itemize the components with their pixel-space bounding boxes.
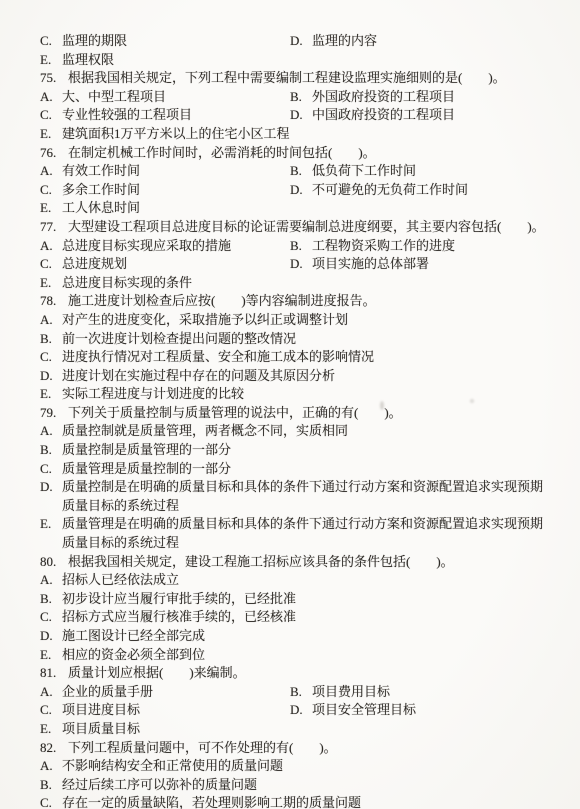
option-letter: B. (40, 441, 62, 460)
option-text: 招标人已经依法成立 (62, 571, 548, 590)
option-A: A.不影响结构安全和正常使用的质量问题 (40, 757, 548, 776)
question-number: 78. (40, 292, 68, 311)
option-D: D.监理的内容 (290, 32, 548, 51)
option-row: E.相应的资金必须全部到位 (40, 646, 548, 665)
question-stem: 根据我国相关规定，下列工程中需要编制工程建设监理实施细则的是( )。 (68, 69, 548, 88)
option-row: A.招标人已经依法成立 (40, 571, 548, 590)
option-C: C.招标方式应当履行核准手续的，已经核准 (40, 608, 548, 627)
option-E: E.总进度目标实现的条件 (40, 274, 548, 293)
option-row: C.多余工作时间D.不可避免的无负荷工作时间 (40, 181, 548, 200)
option-text: 初步设计应当履行审批手续的，已经批准 (62, 590, 548, 609)
option-row: E.项目质量目标 (40, 720, 548, 739)
option-A: A.对产生的进度变化，采取措施予以纠正或调整计划 (40, 311, 548, 330)
option-text: 工程物资采购工作的进度 (312, 237, 548, 256)
option-letter: B. (40, 776, 62, 795)
question-number: 76. (40, 144, 68, 163)
option-letter: D. (290, 32, 312, 51)
option-B: B.项目费用目标 (290, 683, 548, 702)
option-text: 监理的内容 (312, 32, 548, 51)
option-E: E.项目质量目标 (40, 720, 548, 739)
option-letter: E. (40, 515, 62, 534)
option-text: 招标方式应当履行核准手续的，已经核准 (62, 608, 548, 627)
option-row: E.建筑面积1万平方米以上的住宅小区工程 (40, 125, 548, 144)
question-stem: 在制定机械工作时间时，必需消耗的时间包括( )。 (68, 144, 548, 163)
option-letter: D. (40, 627, 62, 646)
option-text: 中国政府投资的工程项目 (312, 106, 548, 125)
option-text: 项目质量目标 (62, 720, 548, 739)
option-B: B.工程物资采购工作的进度 (290, 237, 548, 256)
option-C: C.进度执行情况对工程质量、安全和施工成本的影响情况 (40, 348, 548, 367)
option-B: B.低负荷下工作时间 (290, 162, 548, 181)
option-letter: A. (40, 88, 62, 107)
option-E: E.监理权限 (40, 51, 548, 70)
option-row: A.大、中型工程项目B.外国政府投资的工程项目 (40, 88, 548, 107)
option-row: A.对产生的进度变化，采取措施予以纠正或调整计划 (40, 311, 548, 330)
option-B: B.外国政府投资的工程项目 (290, 88, 548, 107)
option-letter: A. (40, 162, 62, 181)
option-text: 对产生的进度变化，采取措施予以纠正或调整计划 (62, 311, 548, 330)
scan-artifact (380, 401, 384, 410)
option-text: 实际工程进度与计划进度的比较 (62, 385, 548, 404)
option-D: D.项目安全管理目标 (290, 701, 548, 720)
option-letter: A. (40, 311, 62, 330)
option-row: A.质量控制就是质量管理，两者概念不同，实质相同 (40, 422, 548, 441)
option-D: D.项目实施的总体部署 (290, 255, 548, 274)
question-stem-row: 81.质量计划应根据( )来编制。 (40, 664, 548, 683)
option-letter: D. (40, 367, 62, 386)
option-letter: C. (40, 460, 62, 479)
scan-artifact (470, 399, 474, 403)
option-row: A.有效工作时间B.低负荷下工作时间 (40, 162, 548, 181)
option-row: C.进度执行情况对工程质量、安全和施工成本的影响情况 (40, 348, 548, 367)
option-letter: B. (290, 237, 312, 256)
option-letter: C. (40, 794, 62, 809)
option-D: D.进度计划在实施过程中存在的问题及其原因分析 (40, 367, 548, 386)
option-row: D.质量控制是在明确的质量目标和具体的条件下通过行动方案和资源配置追求实现预期质… (40, 478, 548, 515)
option-text: 前一次进度计划检查提出问题的整改情况 (62, 330, 548, 349)
option-text: 建筑面积1万平方米以上的住宅小区工程 (62, 125, 548, 144)
option-text: 质量管理是质量控制的一部分 (62, 460, 548, 479)
option-row: B.初步设计应当履行审批手续的，已经批准 (40, 590, 548, 609)
option-letter: A. (40, 571, 62, 590)
option-letter: B. (40, 330, 62, 349)
question-number: 82. (40, 739, 68, 758)
option-A: A.招标人已经依法成立 (40, 571, 548, 590)
option-B: B.质量控制是质量管理的一部分 (40, 441, 548, 460)
option-D: D.不可避免的无负荷工作时间 (290, 181, 548, 200)
option-letter: C. (40, 701, 62, 720)
option-row: C.专业性较强的工程项目D.中国政府投资的工程项目 (40, 106, 548, 125)
option-letter: E. (40, 199, 62, 218)
option-text: 工人休息时间 (62, 199, 548, 218)
option-row: B.前一次进度计划检查提出问题的整改情况 (40, 330, 548, 349)
option-letter: E. (40, 385, 62, 404)
option-text: 存在一定的质量缺陷，若处理则影响工期的质量问题 (62, 794, 548, 809)
option-text: 项目费用目标 (312, 683, 548, 702)
option-D: D.质量控制是在明确的质量目标和具体的条件下通过行动方案和资源配置追求实现预期质… (40, 478, 548, 515)
option-B: B.经过后续工序可以弥补的质量问题 (40, 776, 548, 795)
option-A: A.质量控制就是质量管理，两者概念不同，实质相同 (40, 422, 548, 441)
option-row: D.施工图设计已经全部完成 (40, 627, 548, 646)
option-text: 不可避免的无负荷工作时间 (312, 181, 548, 200)
scanned-exam-page: C.监理的期限D.监理的内容E.监理权限75.根据我国相关规定，下列工程中需要编… (0, 0, 580, 809)
option-letter: C. (40, 181, 62, 200)
option-row: C.质量管理是质量控制的一部分 (40, 460, 548, 479)
question-stem: 大型建设工程项目总进度目标的论证需要编制总进度纲要，其主要内容包括( )。 (68, 218, 548, 237)
option-text: 监理权限 (62, 51, 548, 70)
option-letter: B. (40, 590, 62, 609)
option-text: 质量控制是质量管理的一部分 (62, 441, 548, 460)
option-E: E.工人休息时间 (40, 199, 548, 218)
option-row: A.不影响结构安全和正常使用的质量问题 (40, 757, 548, 776)
option-letter: E. (40, 720, 62, 739)
option-letter: C. (40, 32, 62, 51)
question-stem: 质量计划应根据( )来编制。 (68, 664, 548, 683)
option-row: C.招标方式应当履行核准手续的，已经核准 (40, 608, 548, 627)
question-number: 80. (40, 553, 68, 572)
option-letter: A. (40, 422, 62, 441)
question-stem-row: 77.大型建设工程项目总进度目标的论证需要编制总进度纲要，其主要内容包括( )。 (40, 218, 548, 237)
option-text: 相应的资金必须全部到位 (62, 646, 548, 665)
option-text: 质量管理是在明确的质量目标和具体的条件下通过行动方案和资源配置追求实现预期质量目… (62, 515, 548, 552)
option-row: C.总进度规划D.项目实施的总体部署 (40, 255, 548, 274)
option-letter: B. (290, 683, 312, 702)
question-stem: 施工进度计划检查后应按( )等内容编制进度报告。 (68, 292, 548, 311)
option-letter: A. (40, 683, 62, 702)
option-letter: D. (290, 255, 312, 274)
option-letter: C. (40, 608, 62, 627)
question-stem: 下列工程质量问题中，可不作处理的有( )。 (68, 739, 548, 758)
option-E: E.质量管理是在明确的质量目标和具体的条件下通过行动方案和资源配置追求实现预期质… (40, 515, 548, 552)
option-text: 不影响结构安全和正常使用的质量问题 (62, 757, 548, 776)
question-number: 79. (40, 404, 68, 423)
option-text: 外国政府投资的工程项目 (312, 88, 548, 107)
question-stem-row: 75.根据我国相关规定，下列工程中需要编制工程建设监理实施细则的是( )。 (40, 69, 548, 88)
option-row: A.企业的质量手册B.项目费用目标 (40, 683, 548, 702)
option-text: 总进度目标实现的条件 (62, 274, 548, 293)
question-number: 75. (40, 69, 68, 88)
option-text: 质量控制就是质量管理，两者概念不同，实质相同 (62, 422, 548, 441)
question-stem: 根据我国相关规定，建设工程施工招标应该具备的条件包括( )。 (68, 553, 548, 572)
question-stem-row: 82.下列工程质量问题中，可不作处理的有( )。 (40, 739, 548, 758)
option-text: 进度计划在实施过程中存在的问题及其原因分析 (62, 367, 548, 386)
option-letter: E. (40, 646, 62, 665)
option-B: B.初步设计应当履行审批手续的，已经批准 (40, 590, 548, 609)
option-letter: D. (290, 701, 312, 720)
option-row: B.经过后续工序可以弥补的质量问题 (40, 776, 548, 795)
question-stem-row: 79.下列关于质量控制与质量管理的说法中，正确的有( )。 (40, 404, 548, 423)
option-letter: C. (40, 106, 62, 125)
option-B: B.前一次进度计划检查提出问题的整改情况 (40, 330, 548, 349)
option-row: D.进度计划在实施过程中存在的问题及其原因分析 (40, 367, 548, 386)
option-row: B.质量控制是质量管理的一部分 (40, 441, 548, 460)
option-row: E.总进度目标实现的条件 (40, 274, 548, 293)
option-text: 质量控制是在明确的质量目标和具体的条件下通过行动方案和资源配置追求实现预期质量目… (62, 478, 548, 515)
question-number: 81. (40, 664, 68, 683)
option-text: 项目实施的总体部署 (312, 255, 548, 274)
option-letter: A. (40, 757, 62, 776)
option-letter: C. (40, 255, 62, 274)
option-text: 经过后续工序可以弥补的质量问题 (62, 776, 548, 795)
option-row: C.监理的期限D.监理的内容 (40, 32, 548, 51)
option-letter: B. (290, 88, 312, 107)
option-letter: E. (40, 274, 62, 293)
option-row: E.工人休息时间 (40, 199, 548, 218)
option-text: 低负荷下工作时间 (312, 162, 548, 181)
option-text: 项目安全管理目标 (312, 701, 548, 720)
option-letter: C. (40, 348, 62, 367)
option-text: 施工图设计已经全部完成 (62, 627, 548, 646)
option-letter: E. (40, 125, 62, 144)
option-row: C.存在一定的质量缺陷，若处理则影响工期的质量问题 (40, 794, 548, 809)
option-C: C.存在一定的质量缺陷，若处理则影响工期的质量问题 (40, 794, 548, 809)
option-letter: D. (290, 181, 312, 200)
option-D: D.施工图设计已经全部完成 (40, 627, 548, 646)
option-row: E.监理权限 (40, 51, 548, 70)
option-row: A.总进度目标实现应采取的措施B.工程物资采购工作的进度 (40, 237, 548, 256)
question-stem-row: 80.根据我国相关规定，建设工程施工招标应该具备的条件包括( )。 (40, 553, 548, 572)
question-stem: 下列关于质量控制与质量管理的说法中，正确的有( )。 (68, 404, 548, 423)
option-E: E.相应的资金必须全部到位 (40, 646, 548, 665)
exam-question-list: C.监理的期限D.监理的内容E.监理权限75.根据我国相关规定，下列工程中需要编… (40, 32, 548, 809)
question-number: 77. (40, 218, 68, 237)
option-text: 进度执行情况对工程质量、安全和施工成本的影响情况 (62, 348, 548, 367)
option-E: E.建筑面积1万平方米以上的住宅小区工程 (40, 125, 548, 144)
option-letter: D. (40, 478, 62, 497)
question-stem-row: 76.在制定机械工作时间时，必需消耗的时间包括( )。 (40, 144, 548, 163)
option-D: D.中国政府投资的工程项目 (290, 106, 548, 125)
option-letter: E. (40, 51, 62, 70)
option-row: C.项目进度目标D.项目安全管理目标 (40, 701, 548, 720)
option-row: E.质量管理是在明确的质量目标和具体的条件下通过行动方案和资源配置追求实现预期质… (40, 515, 548, 552)
question-stem-row: 78.施工进度计划检查后应按( )等内容编制进度报告。 (40, 292, 548, 311)
option-letter: D. (290, 106, 312, 125)
option-letter: B. (290, 162, 312, 181)
option-C: C.质量管理是质量控制的一部分 (40, 460, 548, 479)
option-letter: A. (40, 237, 62, 256)
